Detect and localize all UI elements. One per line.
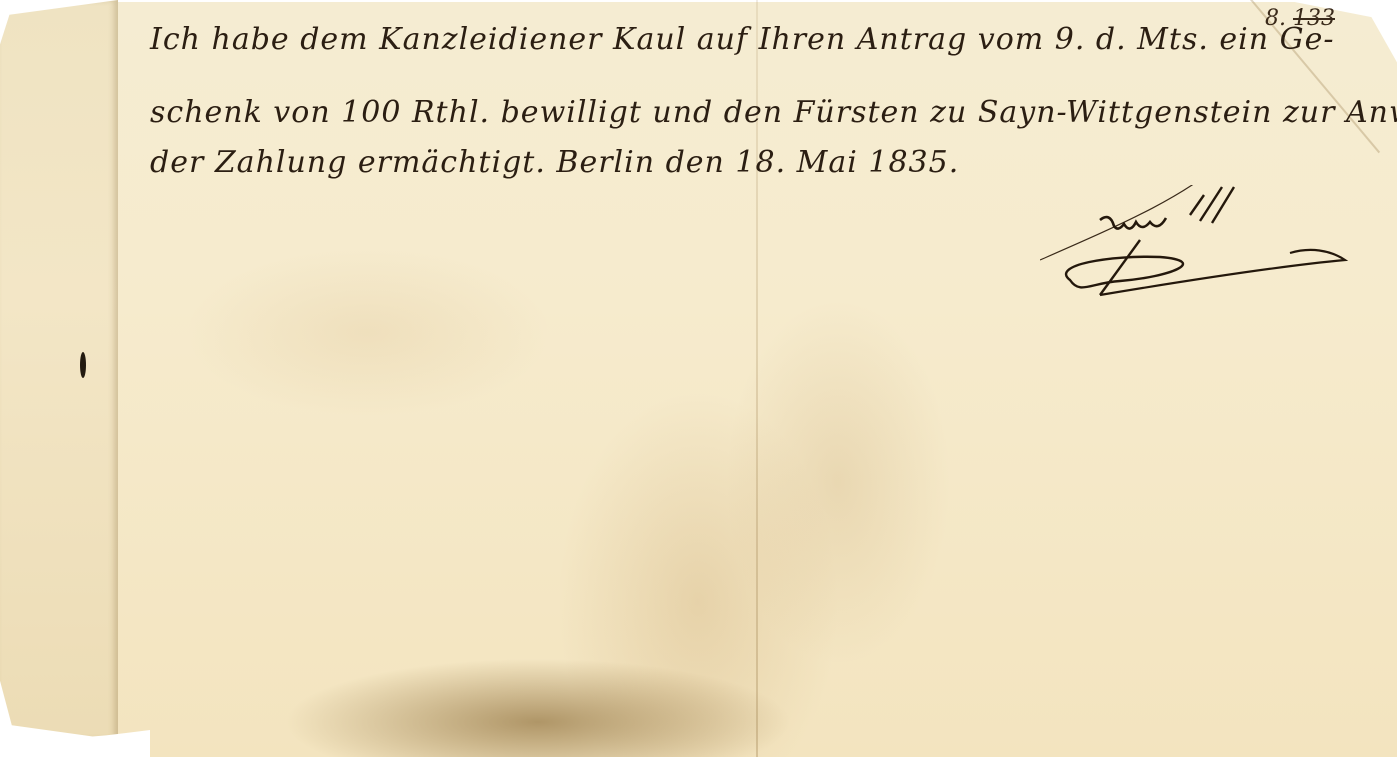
folded-flap (0, 0, 118, 740)
ink-blot (80, 352, 86, 378)
text-line-1: Ich habe dem Kanzleidiener Kaul auf Ihre… (150, 22, 1335, 57)
text-line-2: schenk von 100 Rthl. bewilligt und den F… (150, 95, 1397, 130)
text-line-3: der Zahlung ermächtigt. Berlin den 18. M… (150, 145, 959, 180)
document-scan: 8. 133 Ich habe dem Kanzleidiener Kaul a… (0, 0, 1397, 757)
